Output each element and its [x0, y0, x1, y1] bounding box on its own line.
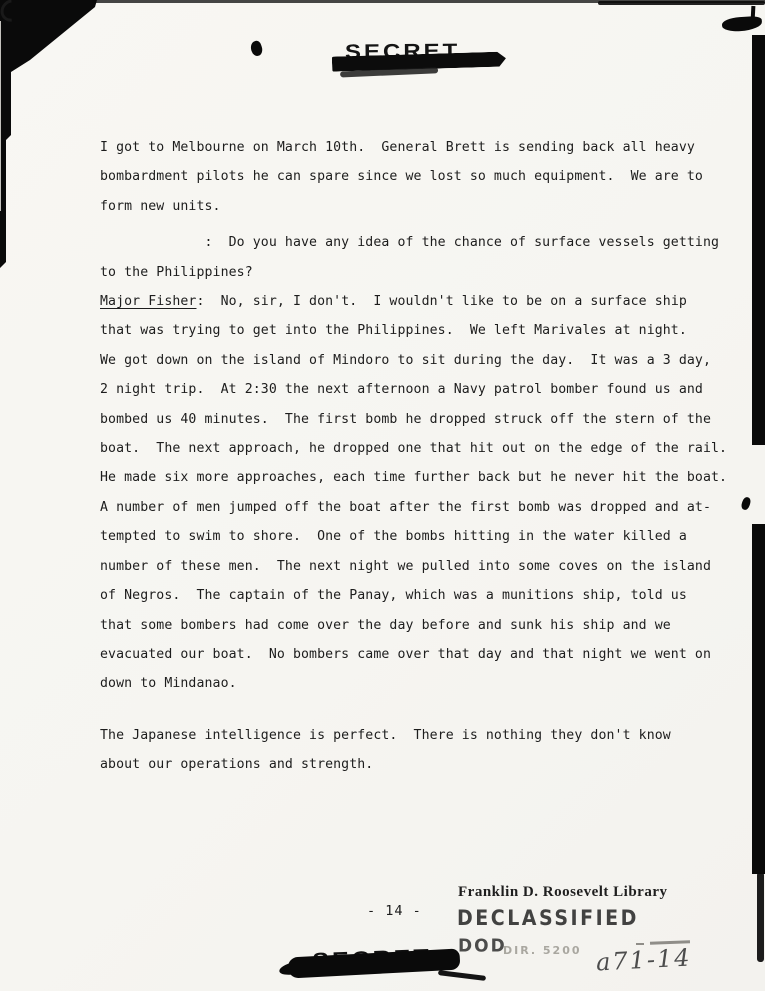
text-segment: He made six more approaches, each time f… — [100, 470, 727, 485]
scan-artifact-right-edge-upper — [752, 35, 765, 445]
text-line: I got to Melbourne on March 10th. Genera… — [100, 133, 725, 162]
text-segment: 2 night trip. At 2:30 the next afternoon… — [100, 382, 703, 397]
text-line: that some bombers had come over the day … — [100, 611, 725, 640]
text-segment: number of these men. The next night we p… — [100, 559, 711, 574]
ink-blob-top-right — [722, 16, 763, 33]
text-line: Major Fisher: No, sir, I don't. I wouldn… — [100, 287, 725, 316]
text-line: about our operations and strength. — [100, 750, 725, 779]
text-line: A number of men jumped off the boat afte… — [100, 493, 725, 522]
text-segment: A number of men jumped off the boat afte… — [100, 500, 711, 515]
text-segment: I got to Melbourne on March 10th. Genera… — [100, 140, 695, 155]
declassified-stamp: DECLASSIFIED — [457, 906, 639, 931]
secret-stamp-bottom: SECRET — [288, 946, 488, 990]
pencil-dash — [636, 943, 644, 945]
library-stamp: Franklin D. Roosevelt Library — [458, 884, 668, 901]
page-number: - 14 - — [367, 903, 422, 919]
handwritten-archive-number: a71-14 — [595, 944, 692, 977]
text-segment: : No, sir, I don't. I wouldn't like to b… — [196, 294, 686, 309]
text-segment: tempted to swim to shore. One of the bom… — [100, 529, 687, 544]
text-line: tempted to swim to shore. One of the bom… — [100, 522, 725, 551]
text-segment: of Negros. The captain of the Panay, whi… — [100, 588, 687, 603]
text-segment: down to Mindanao. — [100, 676, 237, 691]
text-line: to the Philippines? — [100, 258, 725, 287]
text-line: bombed us 40 minutes. The first bomb he … — [100, 405, 725, 434]
speaker-name: Major Fisher — [100, 294, 196, 309]
text-segment: to the Philippines? — [100, 265, 253, 280]
text-segment: We got down on the island of Mindoro to … — [100, 353, 711, 368]
scan-artifact-right-edge-middle — [752, 524, 765, 874]
ink-blob-top-right-spike — [751, 6, 756, 21]
text-line: evacuated our boat. No bombers came over… — [100, 640, 725, 669]
text-line: boat. The next approach, he dropped one … — [100, 434, 725, 463]
text-segment: The Japanese intelligence is perfect. Th… — [100, 728, 671, 743]
ink-mark-top-left-of-stamp — [249, 40, 264, 58]
text-segment: that was trying to get into the Philippi… — [100, 323, 687, 338]
text-line: The Japanese intelligence is perfect. Th… — [100, 721, 725, 750]
text-line: He made six more approaches, each time f… — [100, 463, 725, 492]
text-segment: boat. The next approach, he dropped one … — [100, 441, 727, 456]
text-line: form new units. — [100, 192, 725, 221]
scanned-page: SECRET I got to Melbourne on March 10th.… — [0, 0, 765, 991]
redaction-tail — [438, 970, 486, 981]
text-line: : Do you have any idea of the chance of … — [100, 228, 725, 257]
document-body: I got to Melbourne on March 10th. Genera… — [100, 133, 725, 780]
text-line: of Negros. The captain of the Panay, whi… — [100, 581, 725, 610]
text-line: number of these men. The next night we p… — [100, 552, 725, 581]
secret-stamp-top: SECRET — [337, 39, 517, 83]
text-segment: that some bombers had come over the day … — [100, 618, 671, 633]
text-line: We got down on the island of Mindoro to … — [100, 346, 725, 375]
text-segment: bombardment pilots he can spare since we… — [100, 169, 703, 184]
text-line: 2 night trip. At 2:30 the next afternoon… — [100, 375, 725, 404]
text-segment: : Do you have any idea of the chance of … — [100, 235, 719, 250]
text-segment: bombed us 40 minutes. The first bomb he … — [100, 412, 711, 427]
fold-line-artifact — [0, 21, 1, 211]
text-segment: about our operations and strength. — [100, 757, 373, 772]
scan-artifact-right-edge-lower — [757, 872, 764, 962]
text-segment: evacuated our boat. No bombers came over… — [100, 647, 711, 662]
ink-speck-right-margin — [740, 496, 752, 511]
scan-artifact-top-left-corner — [0, 0, 100, 270]
text-segment: form new units. — [100, 199, 221, 214]
scan-artifact-top-edge-line-thick — [598, 1, 765, 5]
dod-directive-text: DIR. 5200 — [503, 944, 582, 957]
text-line: bombardment pilots he can spare since we… — [100, 162, 725, 191]
text-line: down to Mindanao. — [100, 669, 725, 698]
text-line: that was trying to get into the Philippi… — [100, 316, 725, 345]
